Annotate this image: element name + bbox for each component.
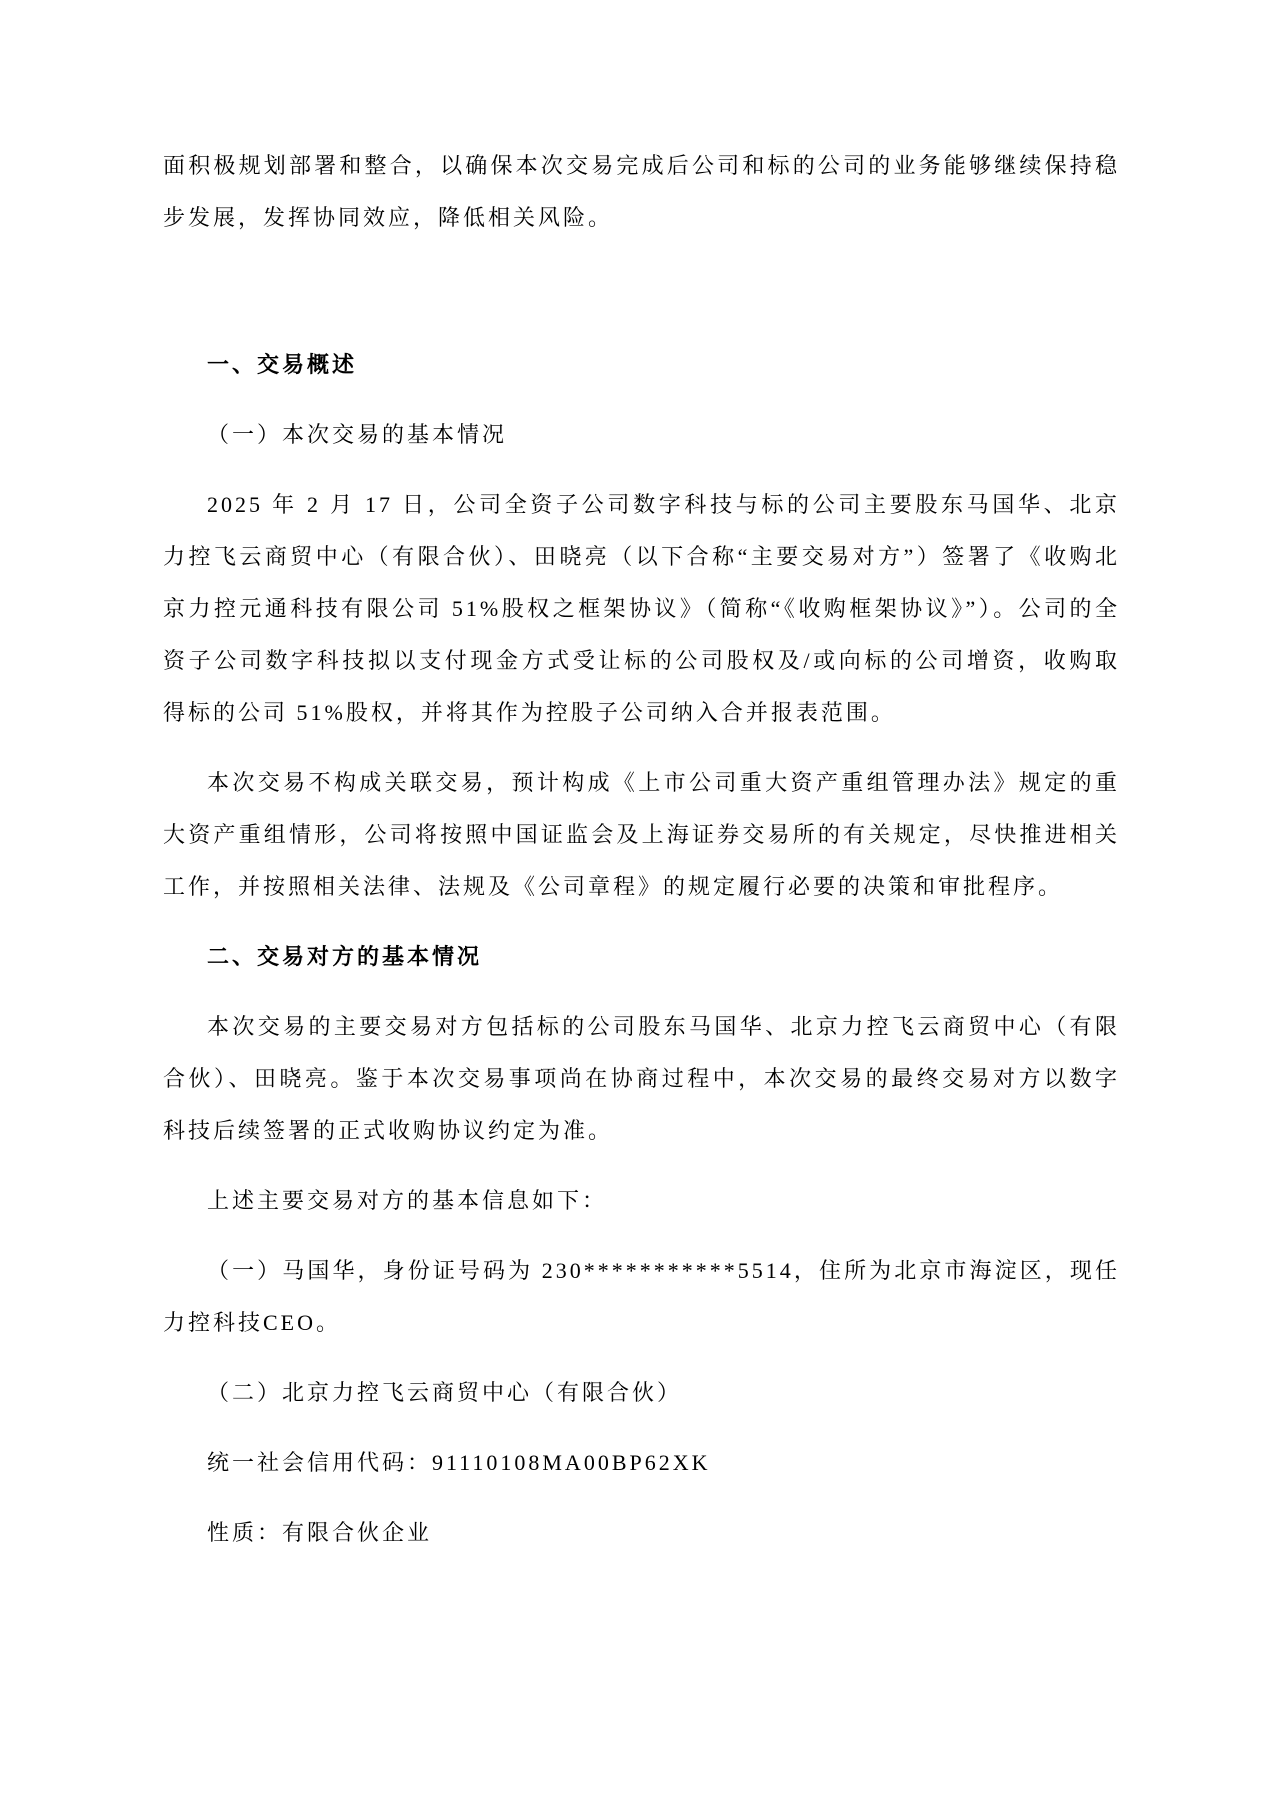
paragraph-risk-mitigation-continuation: 面积极规划部署和整合，以确保本次交易完成后公司和标的公司的业务能够继续保持稳步发… [163,140,1120,244]
paragraph-framework-agreement: 2025 年 2 月 17 日，公司全资子公司数字科技与标的公司主要股东马国华、… [163,479,1120,739]
paragraph-unified-social-credit-code: 统一社会信用代码：91110108MA00BP62XK [163,1437,1120,1489]
paragraph-regulatory-compliance: 本次交易不构成关联交易，预计构成《上市公司重大资产重组管理办法》规定的重大资产重… [163,757,1120,913]
paragraph-counterparty-ma-guohua: （一）马国华，身份证号码为 230***********5514，住所为北京市海… [163,1245,1120,1349]
section-heading-counterparty-info: 二、交易对方的基本情况 [163,931,1120,983]
paragraph-counterparty-overview: 本次交易的主要交易对方包括标的公司股东马国华、北京力控飞云商贸中心（有限合伙）、… [163,1001,1120,1157]
paragraph-counterparty-feiyun-center: （二）北京力控飞云商贸中心（有限合伙） [163,1367,1120,1419]
document-page: 面积极规划部署和整合，以确保本次交易完成后公司和标的公司的业务能够继续保持稳步发… [0,0,1280,1809]
paragraph-basic-info-intro: 上述主要交易对方的基本信息如下： [163,1175,1120,1227]
paragraph-entity-nature: 性质：有限合伙企业 [163,1507,1120,1559]
section-heading-transaction-overview: 一、交易概述 [163,339,1120,391]
subsection-heading-basic-situation: （一）本次交易的基本情况 [163,409,1120,461]
